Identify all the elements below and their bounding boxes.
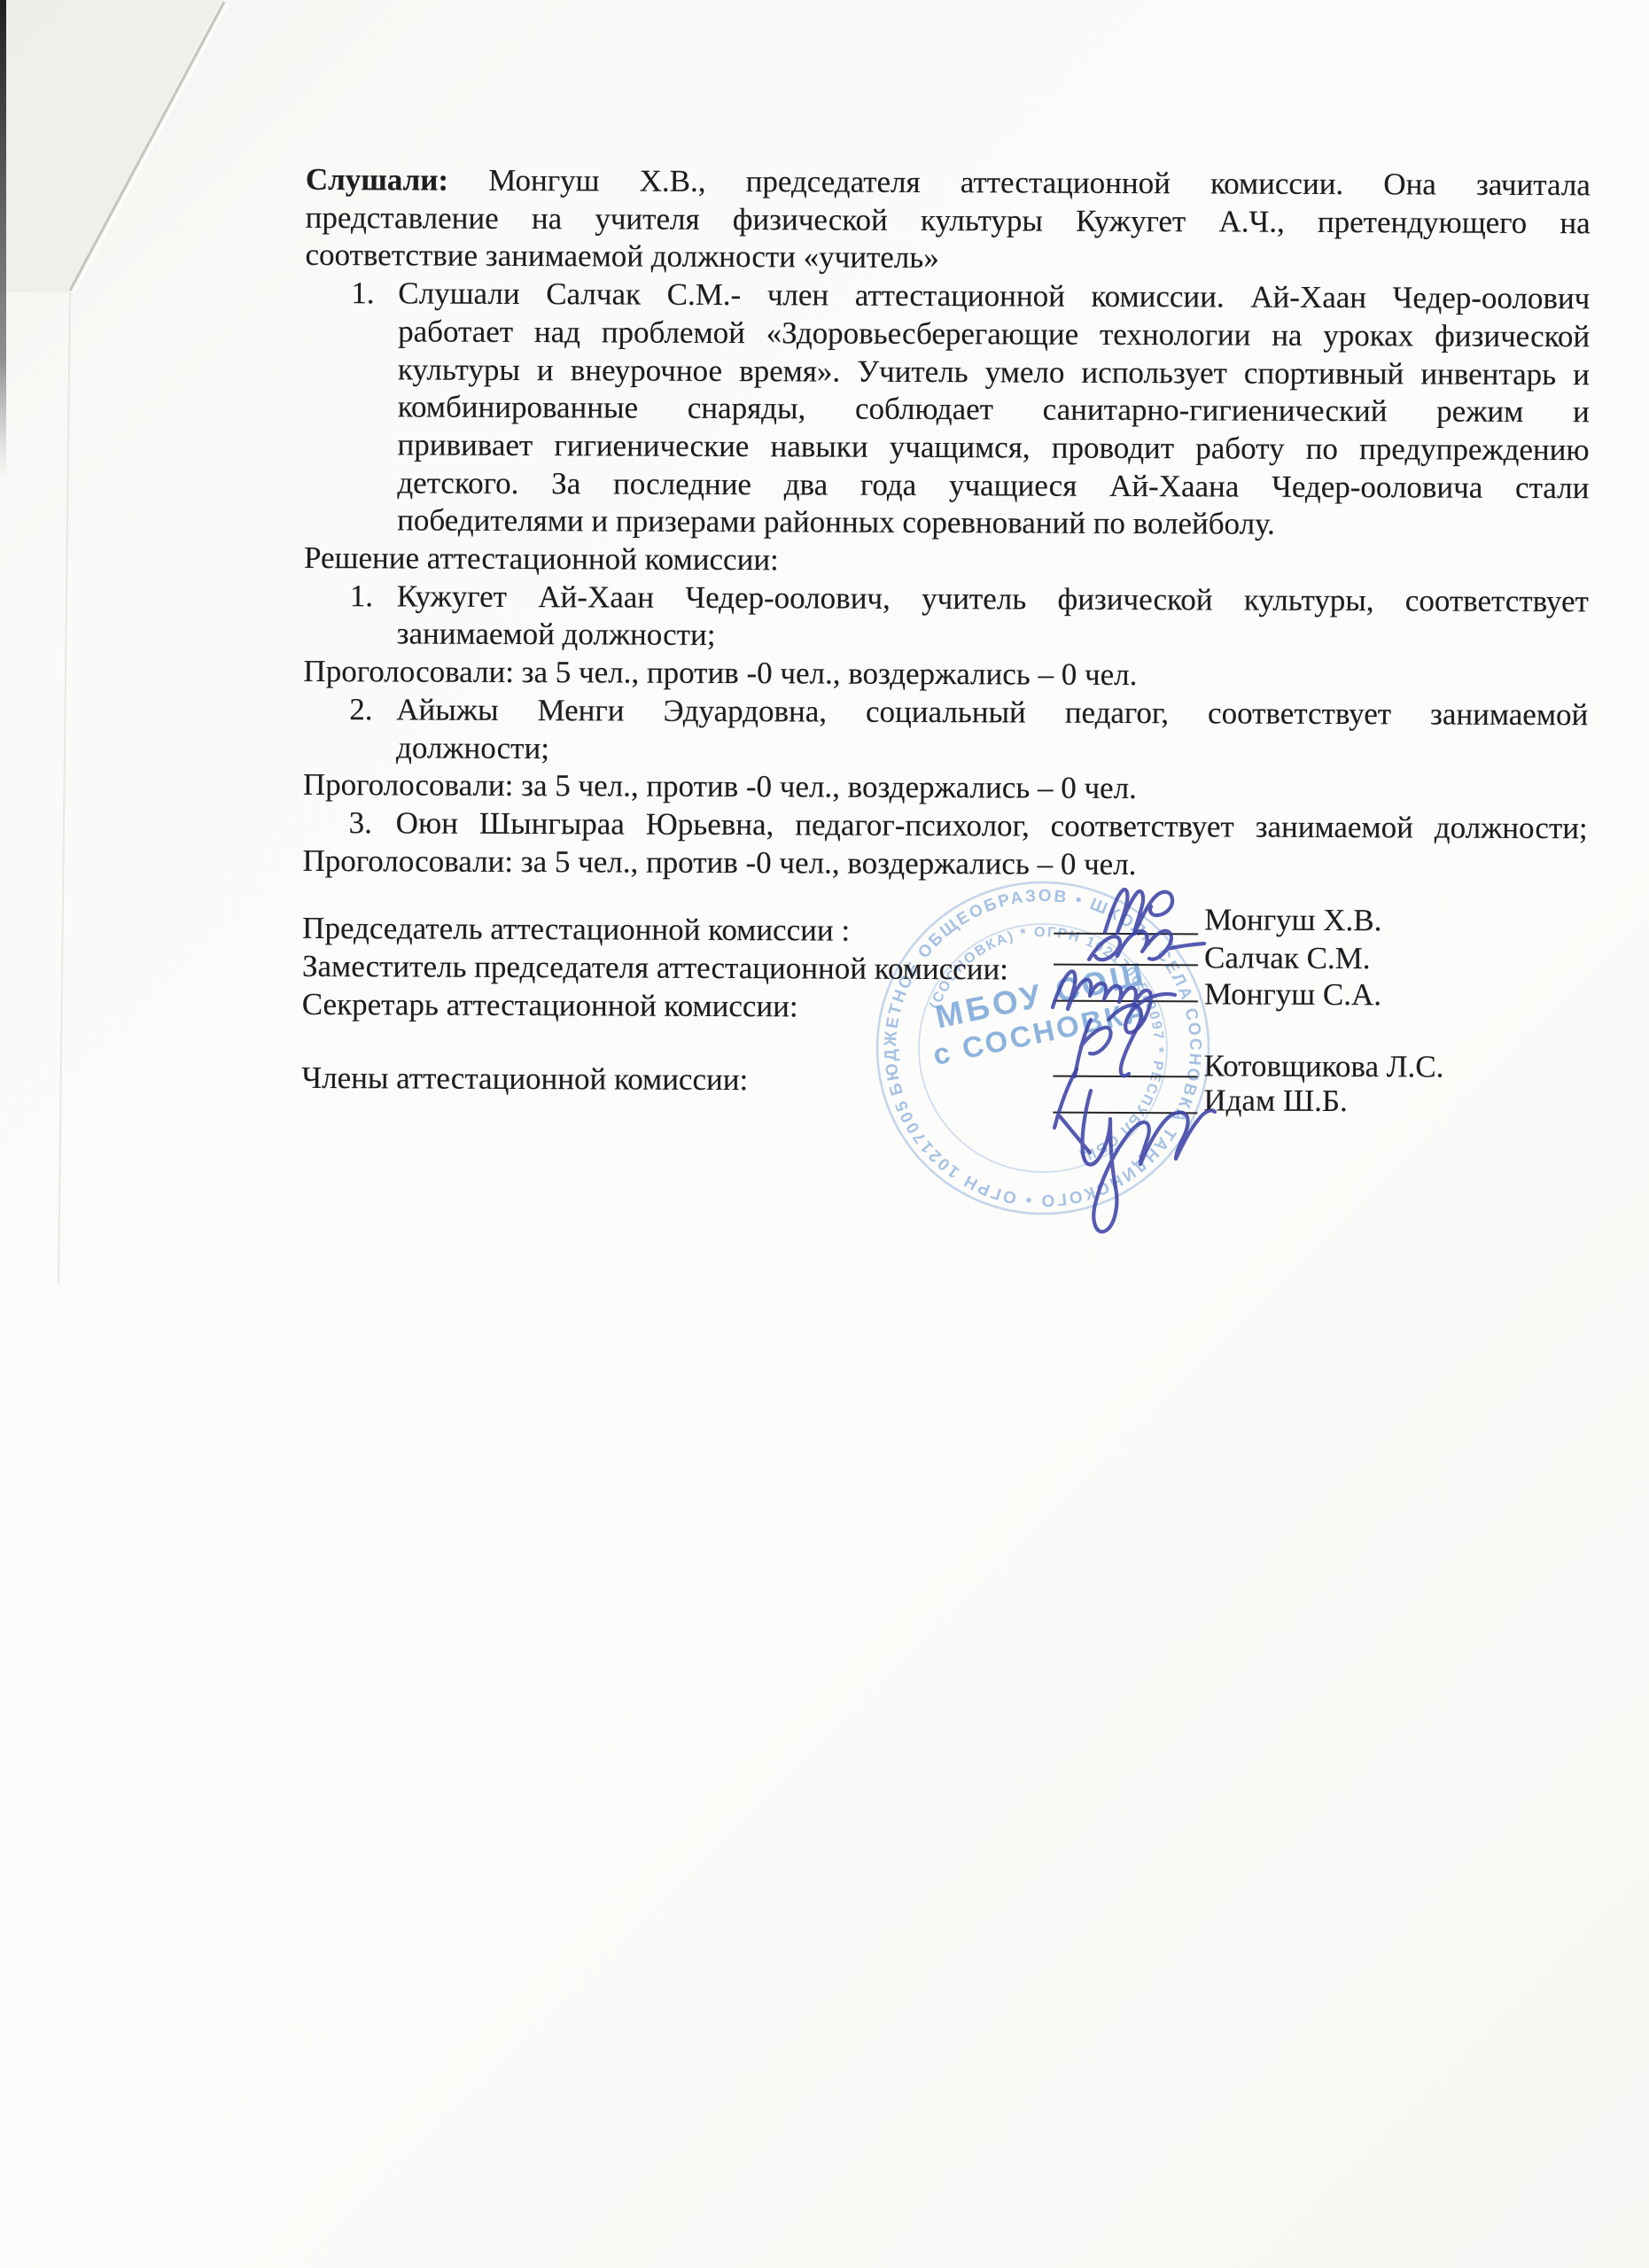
document-line: соответствие занимаемой должности «учите… <box>305 237 1590 280</box>
line-text: представление на учителя физической куль… <box>306 200 1591 240</box>
signer-name-1: Монгуш Х.В. <box>1204 902 1381 938</box>
signer-name-2: Салчак С.М. <box>1204 940 1371 976</box>
document-line: культуры и внеурочное время». Учитель ум… <box>305 350 1590 393</box>
line-text: работает над проблемой «Здоровьесберегаю… <box>398 314 1590 353</box>
document-line: детского. За последние два года учащиеся… <box>304 464 1589 508</box>
document-text: Слушали: Монгуш Х.В., председателя аттес… <box>302 161 1591 886</box>
line-text: Проголосовали: за 5 чел., против -0 чел.… <box>303 767 1137 805</box>
line-text: комбинированные снаряды, соблюдает санит… <box>398 390 1590 430</box>
line-text: Оюн Шынгыраа Юрьевна, педагог-психолог, … <box>396 805 1588 845</box>
line-text: соответствие занимаемой должности «учите… <box>305 237 938 275</box>
signature-line-5 <box>1053 1112 1197 1115</box>
signer-name-5: Идам Ш.Б. <box>1203 1083 1348 1119</box>
document-line: Слушали: Монгуш Х.В., председателя аттес… <box>306 161 1591 205</box>
document-line: Проголосовали: за 5 чел., против -0 чел.… <box>303 766 1588 810</box>
scanned-document-page: { "page": { "paper_color": "#fafaf8", "i… <box>0 0 1649 2268</box>
label-members: Члены аттестационной комиссии: <box>301 1060 748 1098</box>
document-line: работает над проблемой «Здоровьесберегаю… <box>305 313 1590 356</box>
document-line: 1.Кужугет Ай-Хаан Чедер-оолович, учитель… <box>304 578 1589 621</box>
document-line: Решение аттестационной комиссии: <box>304 540 1589 583</box>
document-line: 3.Оюн Шынгыраа Юрьевна, педагог-психолог… <box>303 804 1588 848</box>
line-text: должности; <box>396 730 549 765</box>
line-text: детского. За последние два года учащиеся… <box>397 465 1589 505</box>
line-text: Кужугет Ай-Хаан Чедер-оолович, учитель ф… <box>397 579 1589 618</box>
document-line: 1.Слушали Салчак С.М.- член аттестационн… <box>305 275 1590 318</box>
signer-name-3: Монгуш С.А. <box>1204 976 1381 1013</box>
document-line: Проголосовали: за 5 чел., против -0 чел.… <box>303 653 1588 696</box>
label-secretary: Секретарь аттестационной комиссии: <box>302 987 798 1024</box>
signature-line-3 <box>1054 1000 1198 1003</box>
signature-line-2 <box>1054 964 1198 967</box>
list-number: 1. <box>351 275 398 313</box>
line-text: Решение аттестационной комиссии: <box>304 540 779 577</box>
line-text: Проголосовали: за 5 чел., против -0 чел.… <box>303 654 1137 692</box>
document-line: должности; <box>303 728 1588 772</box>
line-text: занимаемой должности; <box>397 617 716 653</box>
signature-line-1 <box>1054 933 1198 936</box>
document-line: прививает гигиенические навыки учащимся,… <box>305 426 1590 470</box>
list-number: 1. <box>350 578 397 616</box>
document-line: комбинированные снаряды, соблюдает санит… <box>305 388 1590 431</box>
line-text: Слушали Салчак С.М.- член аттестационной… <box>398 276 1590 316</box>
list-number: 2. <box>349 691 396 729</box>
list-number: 3. <box>349 804 396 843</box>
line-text: Айыжы Менги Эдуардовна, социальный педаг… <box>396 692 1588 732</box>
document-line: Проголосовали: за 5 чел., против -0 чел.… <box>302 843 1587 886</box>
document-line: представление на учителя физической куль… <box>306 199 1591 243</box>
signature-line-4 <box>1053 1076 1197 1078</box>
document-line: 2.Айыжы Менги Эдуардовна, социальный пед… <box>303 691 1588 734</box>
signer-name-4: Котовщикова Л.С. <box>1203 1048 1443 1084</box>
line-text: Монгуш Х.В., председателя аттестационной… <box>448 163 1591 203</box>
line-text: культуры и внеурочное время». Учитель ум… <box>398 352 1590 392</box>
line-text: победителями и призерами районных соревн… <box>397 503 1275 541</box>
label-chairman: Председатель аттестационной комиссии : <box>302 911 850 949</box>
document-line: занимаемой должности; <box>304 615 1589 658</box>
document-line: победителями и призерами районных соревн… <box>304 501 1589 545</box>
document-content: Слушали: Монгуш Х.В., председателя аттес… <box>0 0 1649 2268</box>
line-bold-text: Слушали: <box>306 162 448 198</box>
line-text: прививает гигиенические навыки учащимся,… <box>398 427 1590 467</box>
line-text: Проголосовали: за 5 чел., против -0 чел.… <box>302 843 1136 882</box>
label-deputy-chairman: Заместитель председателя аттестационной … <box>302 949 1008 987</box>
